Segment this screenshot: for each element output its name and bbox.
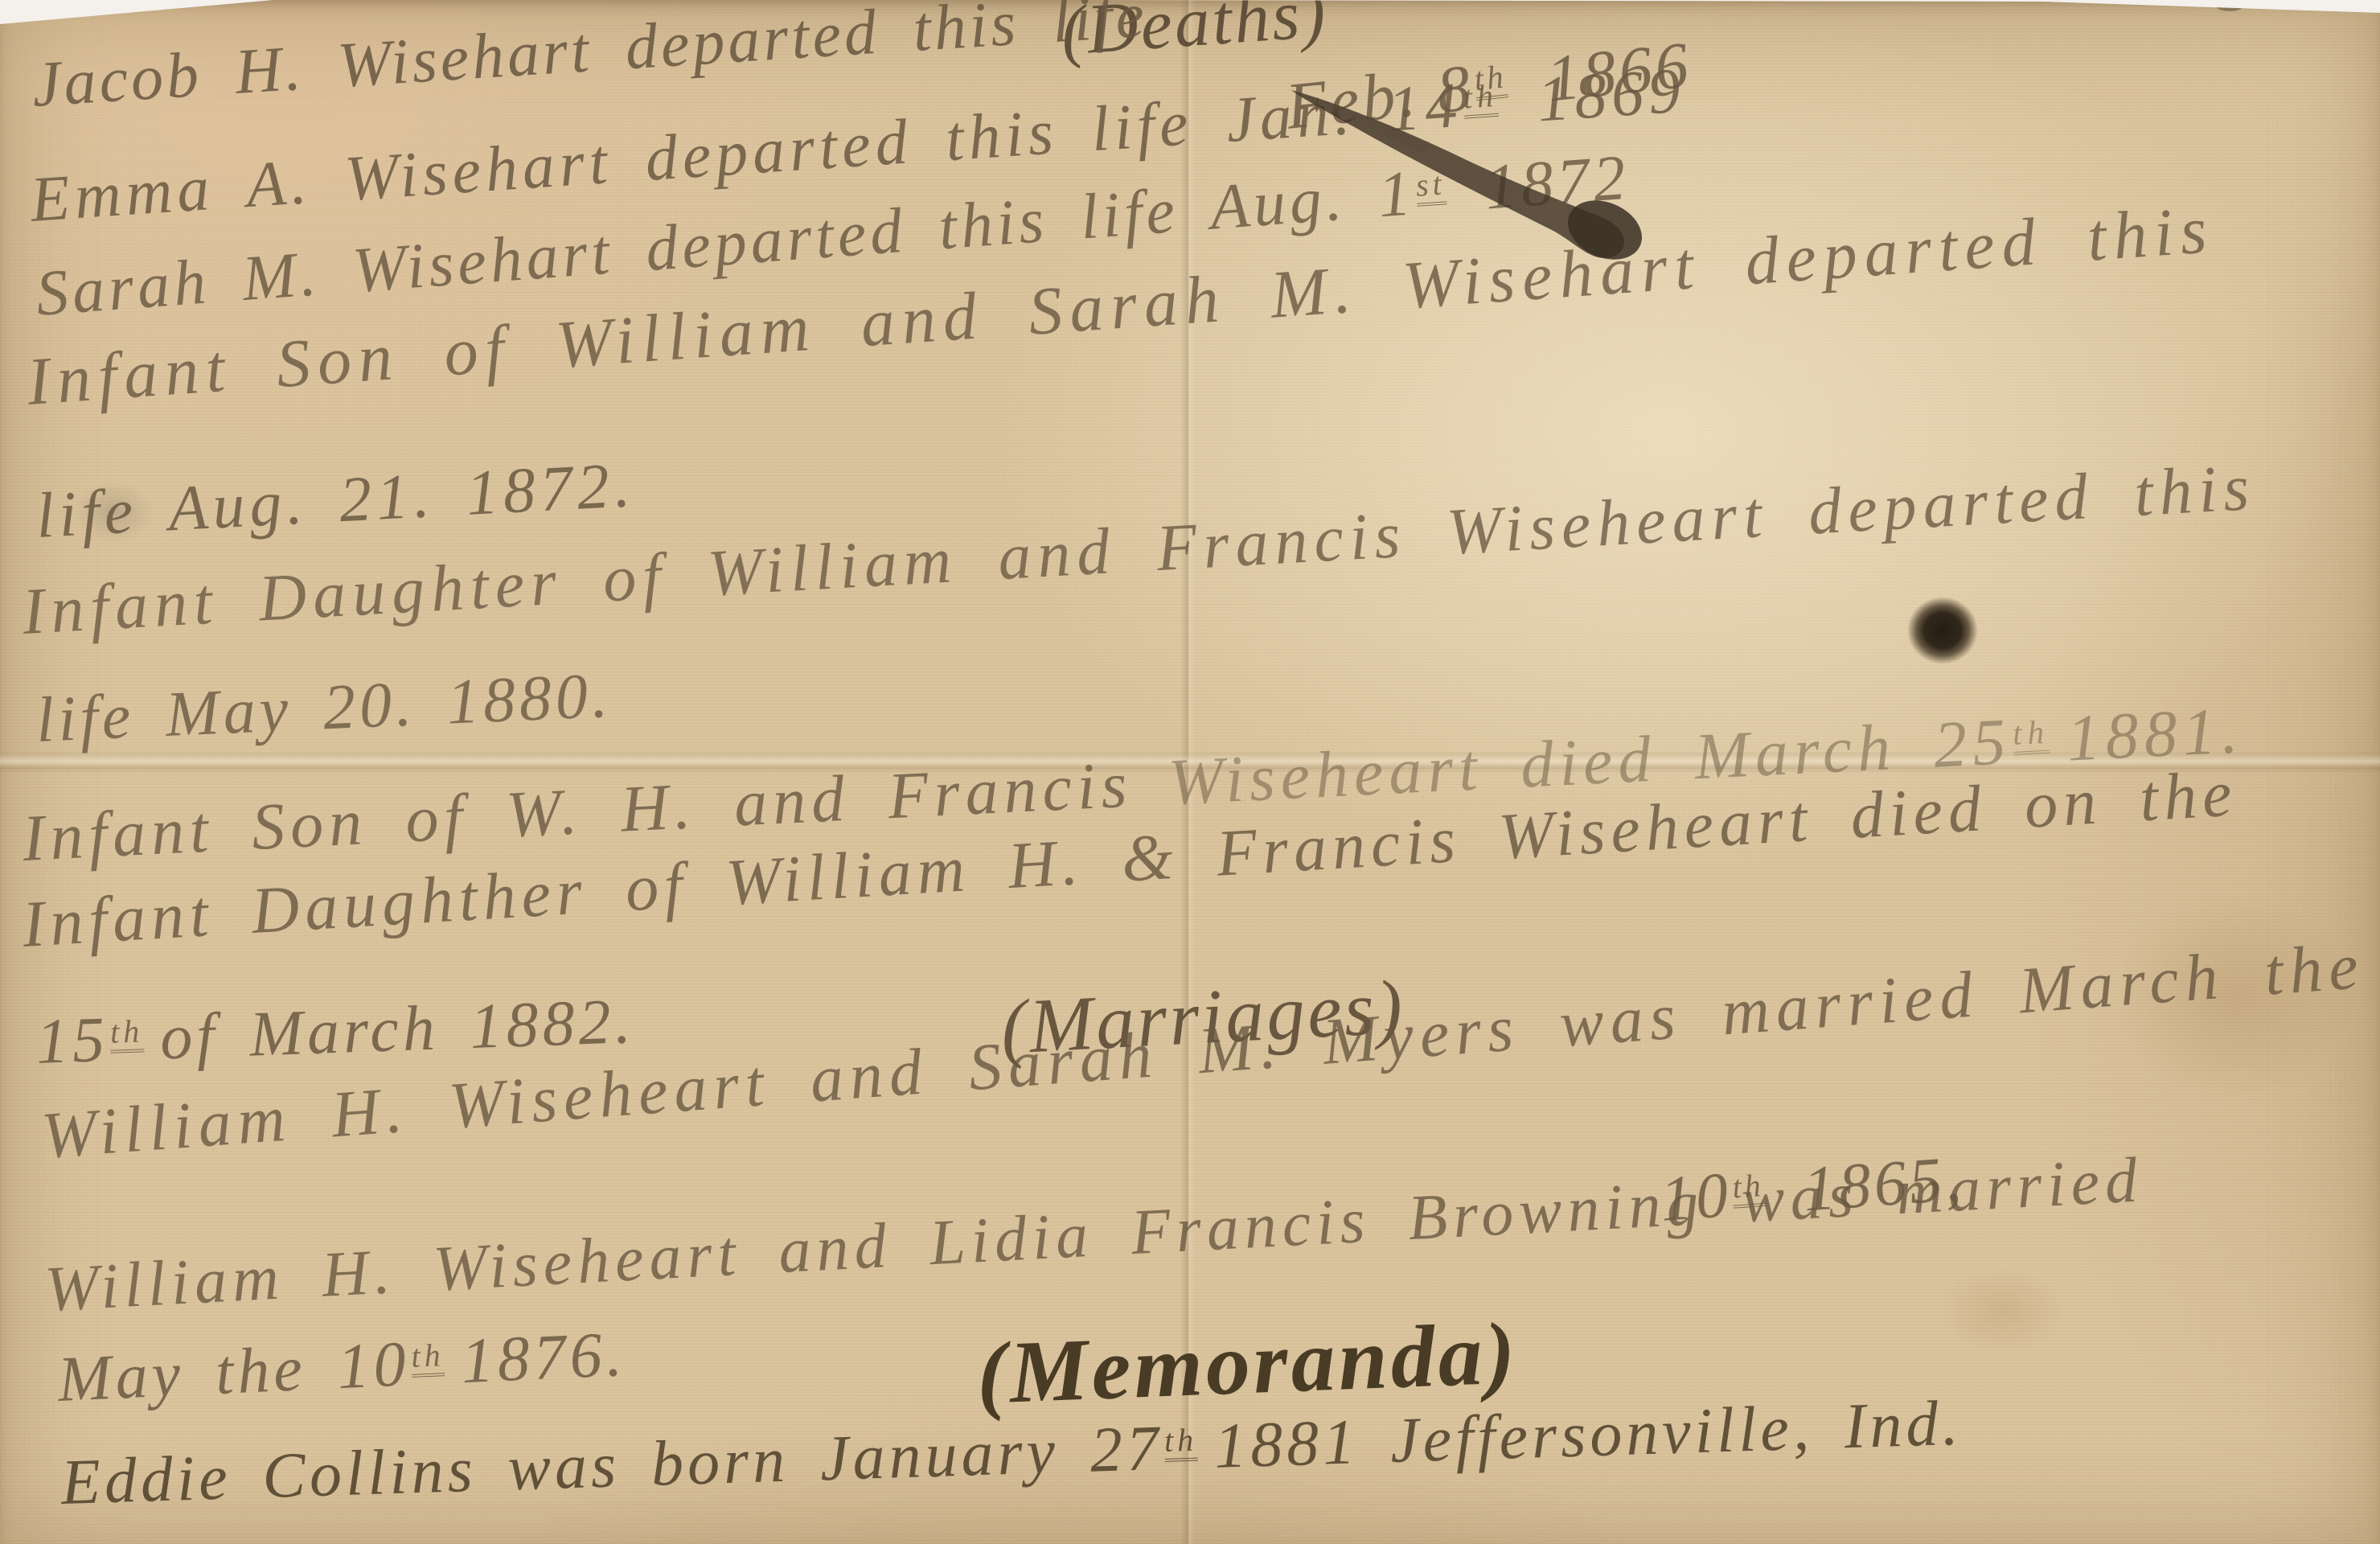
ink-blot <box>1907 597 1978 664</box>
death-entry-infant-daughther-day: 15 <box>35 1004 109 1078</box>
marriage-entry-browning-day: May the 10 <box>56 1328 411 1415</box>
scanned-document: { "colors": { "paper": "#d9c29b", "ink":… <box>0 0 2380 1544</box>
death-entry-infant-daughter-line2: life May 20. 1880. <box>35 660 613 756</box>
death-entry-emma-year: 1869 <box>1535 55 1687 135</box>
memoranda-entry-eddie-ordinal: th <box>1163 1424 1198 1462</box>
death-entry-sarah-year: 1872 <box>1483 142 1632 224</box>
marriage-entry-browning-ordinal: th <box>411 1339 445 1377</box>
paper-edge-notch <box>2216 0 2243 11</box>
death-entry-infant-daughther-ordinal: th <box>109 1015 144 1053</box>
memoranda-entry-eddie-text: Eddie Collins was born January 27 <box>60 1413 1164 1518</box>
death-entry-sarah-ordinal: st <box>1414 167 1446 206</box>
marriage-entry-browning-year: 1876. <box>460 1319 628 1397</box>
marriage-entry-browning-line1: William H. Wiseheart and Lidia Francis B… <box>43 1144 2144 1325</box>
death-entry-emma-ordinal: th <box>1462 80 1499 118</box>
death-entry-infant-son-william-date: life Aug. 21. 1872. <box>35 450 637 552</box>
marriage-entry-browning-date: May the 10th1876. <box>56 1319 627 1415</box>
death-entry-infant-son-william-line2: life Aug. 21. 1872. <box>35 450 637 552</box>
marriage-entry-browning-text: William H. Wiseheart and Lidia Francis B… <box>43 1144 2144 1325</box>
paper: (Deaths) Jacob H. Wisehart departed this… <box>0 0 2380 1544</box>
death-entry-infant-daughter-date: life May 20. 1880. <box>35 660 613 756</box>
death-entry-infant-son-wh-ordinal: th <box>2012 716 2050 755</box>
stain-bottom-right <box>1938 1267 2066 1355</box>
